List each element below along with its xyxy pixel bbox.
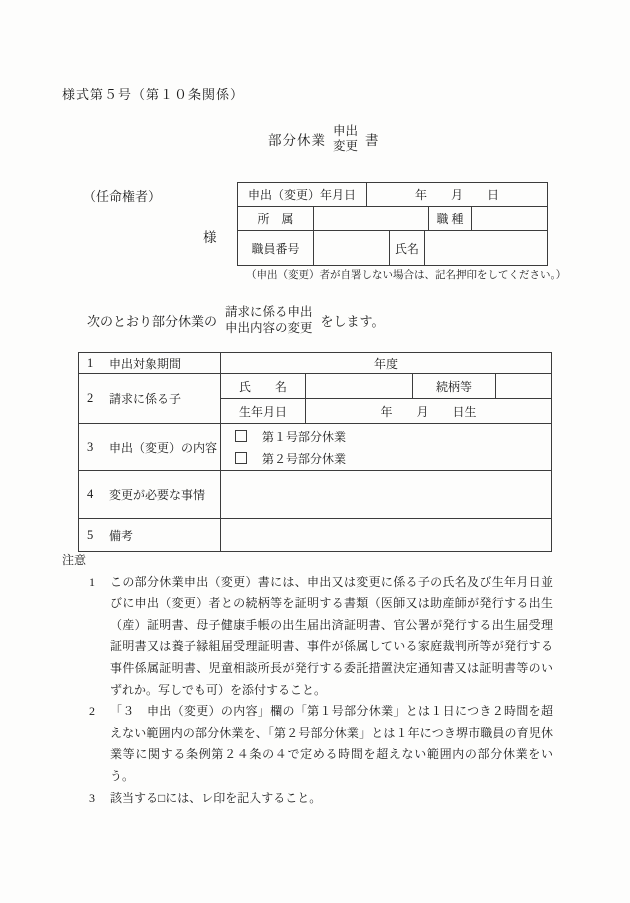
row4-label-cell: 4 変更が必要な事情	[79, 471, 220, 518]
employee-no-label: 職員番号	[238, 231, 313, 265]
option-type1-label: 第１号部分休業	[262, 428, 346, 445]
row4-number: 4	[87, 487, 100, 502]
applicant-info-table: 申出（変更）年月日 年 月 日 所 属 職 種 職員番号 氏名	[237, 182, 548, 266]
job-type-label: 職 種	[428, 207, 471, 230]
table-row-period: 1 申出対象期間 年度	[79, 353, 551, 373]
row2-label-cell: 2 請求に係る子	[79, 374, 220, 423]
relation-input-area[interactable]	[495, 374, 551, 398]
intro-lead: 次のとおり部分休業の	[87, 311, 217, 330]
row1-label: 申出対象期間	[109, 355, 181, 372]
reason-input-area[interactable]	[220, 471, 551, 518]
leave-type-options: 第１号部分休業 第２号部分休業	[221, 424, 551, 470]
affiliation-input-area[interactable]	[313, 207, 428, 230]
option-type2: 第２号部分休業	[235, 450, 551, 467]
note2-number: 2	[89, 701, 110, 787]
note2-text: 「３ 申出（変更）の内容」欄の「第１号部分休業」とは１日につき２時間を超えない範…	[110, 701, 553, 787]
title-choice-bottom: 変更	[333, 139, 358, 154]
row1-number: 1	[87, 356, 100, 371]
title-suffix: 書	[365, 129, 380, 149]
note-item-2: 2 「３ 申出（変更）の内容」欄の「第１号部分休業」とは１日につき２時間を超えな…	[62, 701, 553, 787]
row1-label-cell: 1 申出対象期間	[79, 353, 220, 373]
row2-value-area: 氏 名 続柄等 生年月日 年 月 日生	[220, 374, 551, 423]
title-prefix: 部分休業	[268, 129, 326, 149]
row5-label-cell: 5 備考	[79, 519, 220, 551]
child-birth-subrow: 生年月日 年 月 日生	[221, 398, 551, 423]
note-item-1: 1 この部分休業申出（変更）書には、申出又は変更に係る子の氏名及び生年月日並びに…	[62, 572, 553, 702]
intro-sentence: 次のとおり部分休業の 請求に係る申出 申出内容の変更 をします。	[87, 301, 385, 339]
title-choice-top: 申出	[333, 124, 358, 139]
table-row-remarks: 5 備考	[79, 518, 551, 551]
note1-text: この部分休業申出（変更）書には、申出又は変更に係る子の氏名及び生年月日並びに申出…	[110, 572, 553, 702]
table-row-reason: 4 変更が必要な事情	[79, 470, 551, 518]
row1-value-area: 年度	[220, 353, 551, 373]
date-input-area[interactable]: 年 月 日	[366, 183, 547, 206]
applicant-name-input-area[interactable]	[424, 231, 547, 265]
option-type1: 第１号部分休業	[235, 428, 551, 445]
date-label: 申出（変更）年月日	[238, 183, 366, 206]
child-name-input-area[interactable]	[305, 374, 412, 398]
row3-label: 申出（変更）の内容	[109, 439, 217, 456]
note3-text: 該当する□には、レ印を記入すること。	[110, 788, 553, 810]
remarks-input-area[interactable]	[220, 519, 551, 551]
form-code: 様式第５号（第１０条関係）	[62, 84, 244, 103]
addressee-honorific: 様	[203, 226, 217, 246]
employee-row: 職員番号 氏名	[238, 230, 547, 265]
signature-note: （申出（変更）者が自署しない場合は、記名押印をしてください。）	[246, 267, 566, 282]
checkbox-type1-icon[interactable]	[235, 430, 247, 442]
affiliation-row: 所 属 職 種	[238, 206, 547, 230]
intro-choice-stack: 請求に係る申出 申出内容の変更	[225, 304, 313, 336]
title-choice-stack: 申出 変更	[333, 124, 358, 154]
table-row-content: 3 申出（変更）の内容 第１号部分休業 第２号部分休業	[79, 423, 551, 470]
document-page: 様式第５号（第１０条関係） 部分休業 申出 変更 書 （任命権者） 様 申出（変…	[0, 0, 630, 903]
document-title: 部分休業 申出 変更 書	[268, 115, 380, 163]
note3-number: 3	[89, 788, 110, 810]
child-name-subrow: 氏 名 続柄等	[221, 374, 551, 398]
option-type2-label: 第２号部分休業	[262, 450, 346, 467]
application-detail-table: 1 申出対象期間 年度 2 請求に係る子 氏 名 続柄等 生年月日	[78, 352, 552, 552]
checkbox-type2-icon[interactable]	[235, 452, 247, 464]
row3-value-area: 第１号部分休業 第２号部分休業	[220, 424, 551, 470]
row2-number: 2	[87, 391, 100, 406]
child-name-label: 氏 名	[221, 374, 305, 398]
notes-heading: 注意	[62, 550, 553, 572]
birth-date-input-area[interactable]: 年 月 日生	[305, 399, 551, 423]
row3-label-cell: 3 申出（変更）の内容	[79, 424, 220, 470]
table-row-child: 2 請求に係る子 氏 名 続柄等 生年月日 年 月 日生	[79, 373, 551, 423]
period-input-area[interactable]: 年度	[221, 353, 551, 373]
relation-label: 続柄等	[412, 374, 495, 398]
intro-tail: をします。	[321, 311, 385, 330]
birth-date-label: 生年月日	[221, 399, 305, 423]
row2-label: 請求に係る子	[109, 390, 181, 407]
employee-no-input-area[interactable]	[313, 231, 389, 265]
appointer-label: （任命権者）	[83, 186, 161, 205]
note1-number: 1	[89, 572, 110, 702]
applicant-date-row: 申出（変更）年月日 年 月 日	[238, 183, 547, 206]
row4-label: 変更が必要な事情	[109, 486, 205, 503]
intro-choice-top: 請求に係る申出	[225, 304, 313, 320]
row3-number: 3	[87, 440, 100, 455]
row5-label: 備考	[109, 527, 133, 544]
note-item-3: 3 該当する□には、レ印を記入すること。	[62, 788, 553, 810]
applicant-name-label: 氏名	[389, 231, 424, 265]
job-type-input-area[interactable]	[471, 207, 547, 230]
notes-section: 注意 1 この部分休業申出（変更）書には、申出又は変更に係る子の氏名及び生年月日…	[62, 550, 553, 809]
intro-choice-bottom: 申出内容の変更	[225, 320, 313, 336]
row5-number: 5	[87, 528, 100, 543]
affiliation-label: 所 属	[238, 207, 313, 230]
